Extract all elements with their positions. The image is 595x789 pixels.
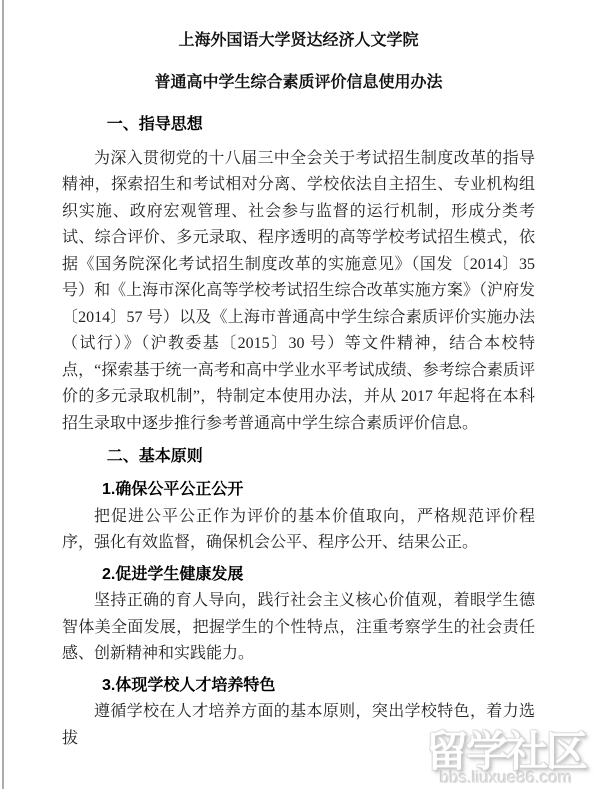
section-1-heading: 一、指导思想 bbox=[62, 112, 535, 139]
subsection-2-paragraph: 坚持正确的育人导向，践行社会主义核心价值观，着眼学生德智体美全面发展，把握学生的… bbox=[62, 588, 535, 668]
document-body: 上海外国语大学贤达经济人文学院 普通高中学生综合素质评价信息使用办法 一、指导思… bbox=[62, 28, 535, 752]
subsection-1-paragraph: 把促进公平公正作为评价的基本价值取向，严格规范评价程序，强化有效监督，确保机会公… bbox=[62, 504, 535, 557]
subsection-1-heading: 1.确保公平公正公开 bbox=[62, 477, 535, 504]
section-2-heading: 二、基本原则 bbox=[62, 444, 535, 471]
subsection-3-heading: 3.体现学校人才培养特色 bbox=[62, 673, 535, 700]
subsection-2-heading: 2.促进学生健康发展 bbox=[62, 562, 535, 589]
doc-subtitle: 普通高中学生综合素质评价信息使用办法 bbox=[62, 70, 535, 97]
section-1-paragraph: 为深入贯彻党的十八届三中全会关于考试招生制度改革的指导精神，探索招生和考试相对分… bbox=[62, 146, 535, 438]
subsection-3-paragraph: 遵循学校在人才培养方面的基本原则，突出学校特色，着力选拔 bbox=[62, 699, 535, 752]
document-page: 上海外国语大学贤达经济人文学院 普通高中学生综合素质评价信息使用办法 一、指导思… bbox=[0, 0, 595, 789]
doc-title: 上海外国语大学贤达经济人文学院 bbox=[62, 28, 535, 55]
watermark-url: bbs.liuxue86.com bbox=[418, 769, 594, 789]
page-left-edge-line bbox=[2, 0, 4, 789]
